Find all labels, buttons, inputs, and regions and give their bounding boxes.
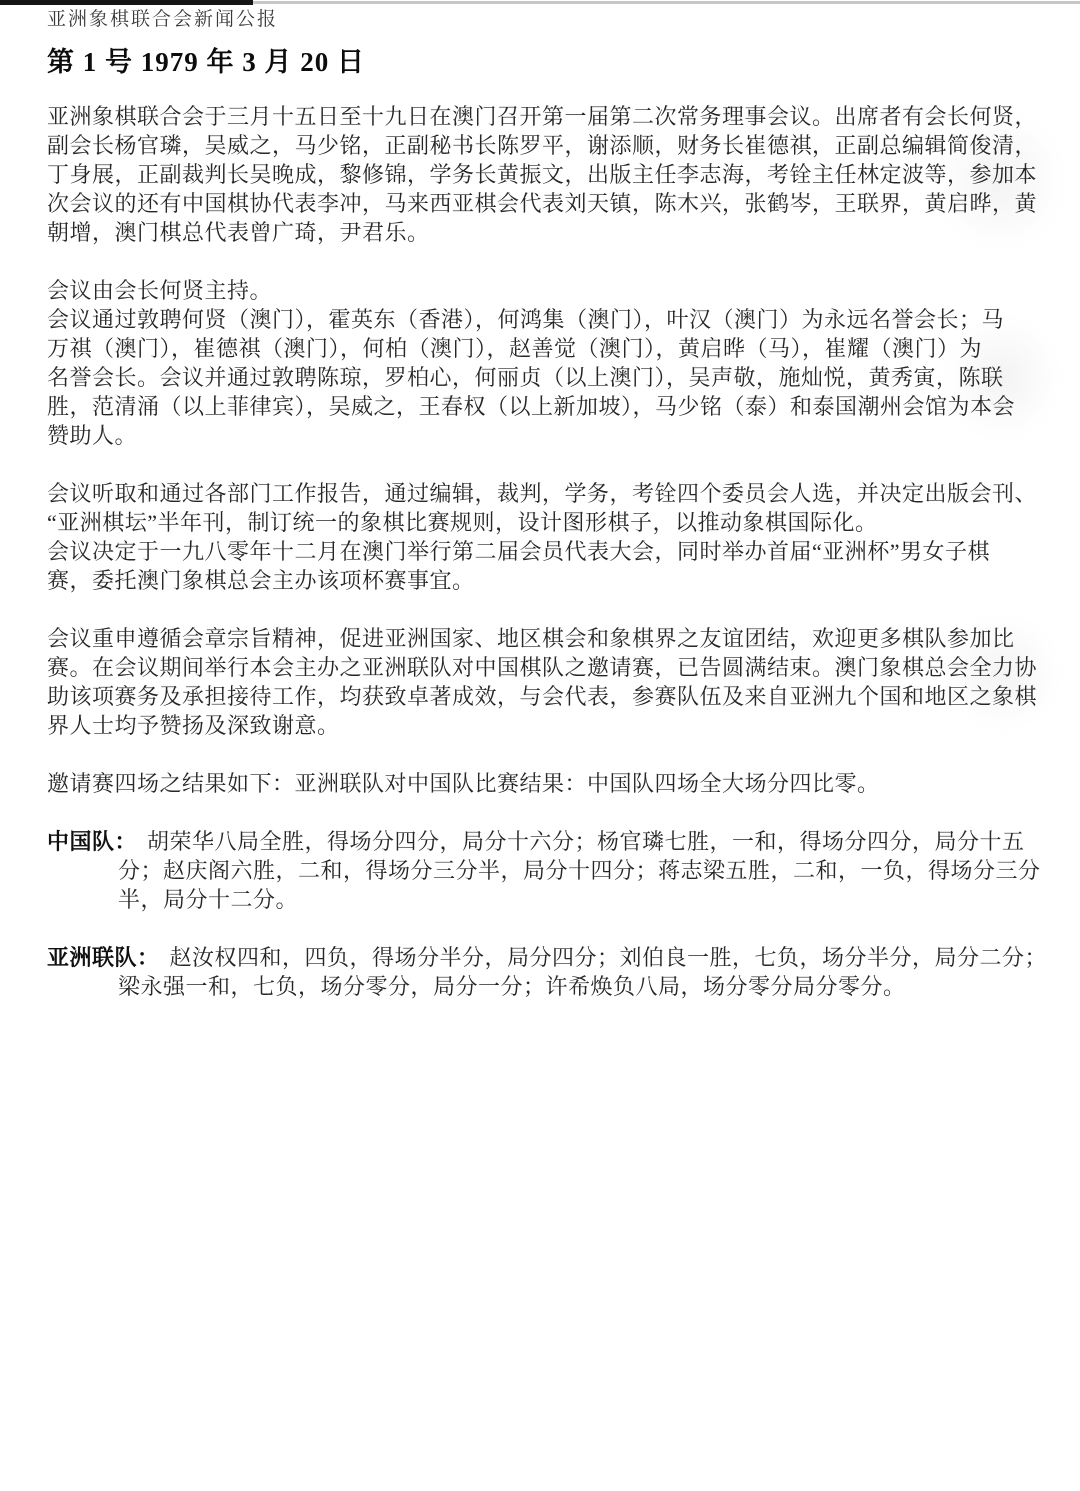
- team-result-first-line: 亚洲联队：赵汝权四和，四负，得场分半分，局分四分；刘伯良一胜，七负，场分半分，局…: [47, 943, 1039, 972]
- paragraph-line: 会议由会长何贤主持。: [47, 276, 1039, 305]
- paragraph-line: 亚洲象棋联合会于三月十五日至十九日在澳门召开第一届第二次常务理事会议。出席者有会…: [47, 102, 1039, 131]
- scan-edge-bar: [0, 0, 253, 5]
- paragraph-line: 邀请赛四场之结果如下：亚洲联队对中国队比赛结果：中国队四场全大场分四比零。: [47, 769, 1039, 798]
- paragraph-line: 会议重申遵循会章宗旨精神，促进亚洲国家、地区棋会和象棋界之友谊团结，欢迎更多棋队…: [47, 624, 1039, 653]
- team-label: 亚洲联队：: [47, 945, 160, 970]
- paragraph-line: 会议决定于一九八零年十二月在澳门举行第二届会员代表大会，同时举办首届“亚洲杯”男…: [47, 537, 1039, 566]
- paragraph-line: 赛。在会议期间举行本会主办之亚洲联队对中国棋队之邀请赛，已告圆满结束。澳门象棋总…: [47, 653, 1039, 682]
- paragraph-line: 万祺（澳门），崔德祺（澳门），何柏（澳门），赵善觉（澳门），黄启晔（马），崔耀（…: [47, 334, 1039, 363]
- paragraph-line: 赛，委托澳门象棋总会主办该项杯赛事宜。: [47, 566, 1039, 595]
- paragraph-line: 胜，范清涌（以上菲律宾），吴威之，王春权（以上新加坡），马少铭（泰）和泰国潮州会…: [47, 392, 1039, 421]
- team-result-line: 半，局分十二分。: [118, 885, 1039, 914]
- document-body: 亚洲象棋联合会新闻公报 第 1 号 1979 年 3 月 20 日 亚洲象棋联合…: [47, 8, 1039, 1001]
- paragraph-line: 界人士均予赞扬及深致谢意。: [47, 711, 1039, 740]
- paragraph-honorary-appointments: 会议由会长何贤主持。 会议通过敦聘何贤（澳门），霍英东（香港），何鸿集（澳门），…: [47, 276, 1039, 450]
- team-result-asia-united: 亚洲联队：赵汝权四和，四负，得场分半分，局分四分；刘伯良一胜，七负，场分半分，局…: [47, 943, 1039, 1001]
- team-result-text: 赵汝权四和，四负，得场分半分，局分四分；刘伯良一胜，七负，场分半分，局分二分；: [170, 945, 1048, 970]
- paragraph-line: 次会议的还有中国棋协代表李冲，马来西亚棋会代表刘天镇，陈木兴，张鹤岑，王联界，黄…: [47, 189, 1039, 218]
- paragraph-line: 赞助人。: [47, 421, 1039, 450]
- team-result-china: 中国队：胡荣华八局全胜，得场分四分，局分十六分；杨官璘七胜，一和，得场分四分，局…: [47, 827, 1039, 914]
- page: { "document": { "header": "亚洲象棋联合会新闻公报",…: [0, 0, 1080, 1491]
- paragraph-line: 助该项赛务及承担接待工作，均获致卓著成效，与会代表，参赛队伍及来自亚洲九个国和地…: [47, 682, 1039, 711]
- team-result-line: 梁永强一和，七负，场分零分，局分一分；许希焕负八局，场分零分局分零分。: [118, 972, 1039, 1001]
- document-header: 亚洲象棋联合会新闻公报: [47, 8, 1039, 31]
- paragraph-line: 名誉会长。会议并通过敦聘陈琼，罗柏心，何丽贞（以上澳门），吴声敬，施灿悦，黄秀寅…: [47, 363, 1039, 392]
- paragraph-work-reports: 会议听取和通过各部门工作报告，通过编辑，裁判，学务，考铨四个委员会人选，并决定出…: [47, 479, 1039, 595]
- team-result-line: 分；赵庆阁六胜，二和，得场分三分半，局分十四分；蒋志梁五胜，二和，一负，得场分三…: [118, 856, 1039, 885]
- paragraph-line: 朝增，澳门棋总代表曾广琦，尹君乐。: [47, 218, 1039, 247]
- bulletin-title: 第 1 号 1979 年 3 月 20 日: [47, 45, 1039, 79]
- team-result-first-line: 中国队：胡荣华八局全胜，得场分四分，局分十六分；杨官璘七胜，一和，得场分四分，局…: [47, 827, 1039, 856]
- paragraph-attendees: 亚洲象棋联合会于三月十五日至十九日在澳门召开第一届第二次常务理事会议。出席者有会…: [47, 102, 1039, 247]
- team-result-text: 胡荣华八局全胜，得场分四分，局分十六分；杨官璘七胜，一和，得场分四分，局分十五: [147, 829, 1025, 854]
- paragraph-friendship-match: 会议重申遵循会章宗旨精神，促进亚洲国家、地区棋会和象棋界之友谊团结，欢迎更多棋队…: [47, 624, 1039, 740]
- team-label: 中国队：: [47, 829, 137, 854]
- paragraph-match-result-summary: 邀请赛四场之结果如下：亚洲联队对中国队比赛结果：中国队四场全大场分四比零。: [47, 769, 1039, 798]
- paragraph-line: 会议通过敦聘何贤（澳门），霍英东（香港），何鸿集（澳门），叶汉（澳门）为永远名誉…: [47, 305, 1039, 334]
- paragraph-line: 会议听取和通过各部门工作报告，通过编辑，裁判，学务，考铨四个委员会人选，并决定出…: [47, 479, 1039, 508]
- paragraph-line: “亚洲棋坛”半年刊，制订统一的象棋比赛规则，设计图形棋子，以推动象棋国际化。: [47, 508, 1039, 537]
- paragraph-line: 副会长杨官璘，吴威之，马少铭，正副秘书长陈罗平，谢添顺，财务长崔德祺，正副总编辑…: [47, 131, 1039, 160]
- scan-edge-line: [248, 1, 1080, 4]
- paragraph-line: 丁身展，正副裁判长吴晚成，黎修锦，学务长黄振文，出版主任李志海，考铨主任林定波等…: [47, 160, 1039, 189]
